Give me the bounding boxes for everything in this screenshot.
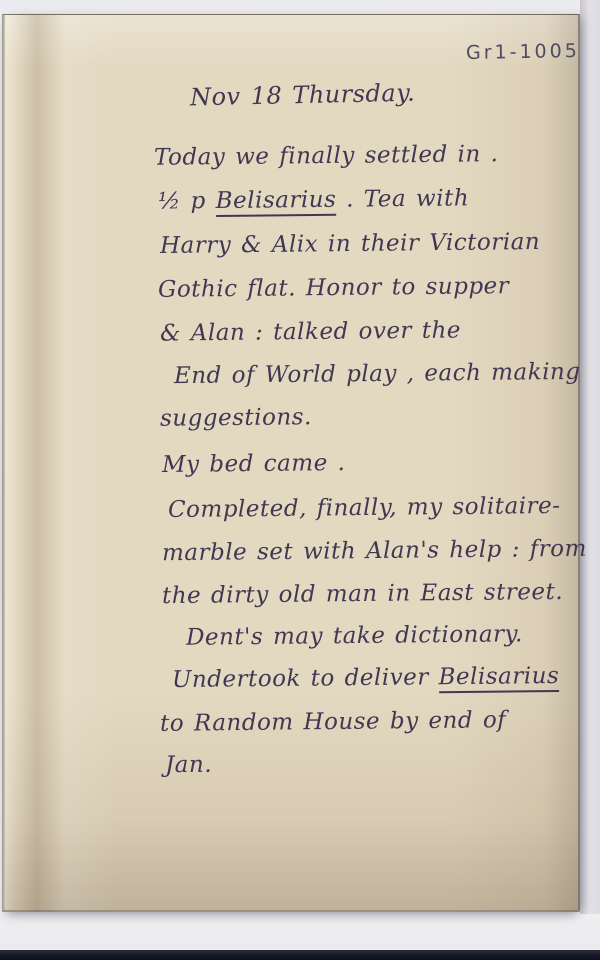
handwriting-text: the dirty old man in East street. bbox=[162, 579, 563, 609]
handwriting-line: suggestions. bbox=[160, 404, 312, 432]
diary-page: Gr1-1005 Nov 18 Thursday.Today we finall… bbox=[2, 14, 580, 912]
handwriting-line: & Alan : talked over the bbox=[160, 317, 461, 346]
handwriting-text: Nov 18 Thursday. bbox=[190, 79, 416, 112]
handwriting-line: Completed, finally, my solitaire- bbox=[168, 493, 561, 523]
handwriting-text: ½ p bbox=[158, 188, 216, 215]
scan-bottom-strip bbox=[0, 950, 600, 960]
handwriting-text: marble set with Alan's help : from bbox=[162, 536, 587, 566]
handwriting-line: the dirty old man in East street. bbox=[162, 579, 563, 609]
handwriting-line: Jan. bbox=[165, 752, 212, 778]
handwriting-line: marble set with Alan's help : from bbox=[162, 536, 587, 566]
handwriting-text: Undertook to deliver bbox=[172, 664, 439, 693]
handwriting-line: Gothic flat. Honor to supper bbox=[158, 273, 509, 303]
handwriting-line: Dent's may take dictionary. bbox=[186, 621, 523, 651]
handwriting-text: Harry & Alix in their Victorian bbox=[160, 229, 540, 259]
underlined-word: Belisarius bbox=[438, 663, 559, 693]
handwriting-line: Harry & Alix in their Victorian bbox=[160, 229, 540, 259]
handwriting-text: suggestions. bbox=[160, 404, 312, 432]
handwriting-text: Jan. bbox=[165, 752, 212, 778]
entry-date-line: Nov 18 Thursday. bbox=[190, 79, 416, 112]
handwriting-text: End of World play , each making bbox=[174, 359, 581, 389]
underlined-word: Belisarius bbox=[216, 187, 337, 217]
scanner-right-strip bbox=[580, 0, 600, 914]
handwriting-line: ½ p Belisarius . Tea with bbox=[158, 185, 469, 214]
archive-code: Gr1-1005 bbox=[466, 40, 580, 64]
handwriting-line: My bed came . bbox=[162, 450, 346, 478]
handwriting-text: Completed, finally, my solitaire- bbox=[168, 493, 561, 523]
handwriting-line: to Random House by end of bbox=[160, 707, 507, 737]
handwriting-text: & Alan : talked over the bbox=[160, 317, 461, 346]
handwriting-text: . Tea with bbox=[336, 185, 469, 212]
handwriting-line: End of World play , each making bbox=[174, 359, 581, 389]
handwriting-line: Today we finally settled in . bbox=[154, 141, 499, 171]
handwriting-text: Today we finally settled in . bbox=[154, 141, 499, 171]
handwriting-text: Gothic flat. Honor to supper bbox=[158, 273, 509, 303]
handwriting-line: Undertook to deliver Belisarius bbox=[172, 663, 560, 693]
handwriting-text: to Random House by end of bbox=[160, 707, 507, 737]
binding-gutter-edge bbox=[2, 15, 5, 910]
handwriting-text: Dent's may take dictionary. bbox=[186, 621, 523, 651]
handwriting-text: My bed came . bbox=[162, 450, 346, 478]
